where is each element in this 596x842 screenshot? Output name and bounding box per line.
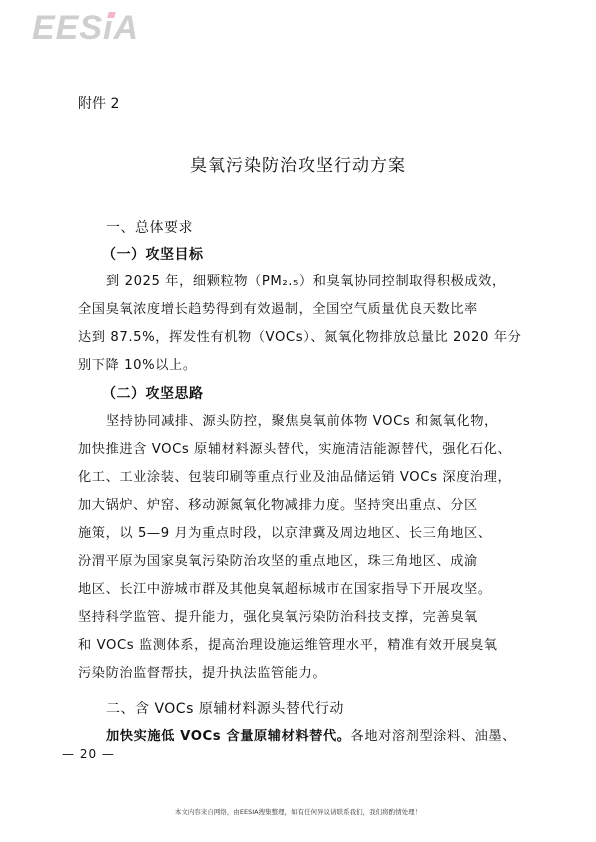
paragraph-line: 汾渭平原为国家臭氧污染防治攻坚的重点地区，珠三角地区、成渝	[78, 552, 533, 572]
eesia-watermark-logo: EESiA	[32, 8, 139, 48]
paragraph-line: 污染防治监督帮扶，提升执法监管能力。	[78, 664, 533, 684]
paragraph-line: 地区、长江中游城市群及其他臭氧超标城市在国家指导下开展攻坚。	[78, 580, 533, 600]
logo-text-i: i	[103, 9, 113, 47]
page-number: — 20 —	[62, 746, 115, 762]
subsection-heading-approach: （二）攻坚思路	[102, 384, 557, 404]
logo-accent-letter: i	[103, 9, 113, 47]
logo-text-suffix: A	[114, 9, 140, 47]
paragraph-continuation: 各地对溶剂型涂料、油墨、	[351, 729, 516, 744]
paragraph-line: 达到 87.5%，挥发性有机物（VOCs）、氮氧化物排放总量比 2020 年分	[78, 328, 533, 348]
paragraph-line: 和 VOCs 监测体系，提高治理设施运维管理水平，精准有效开展臭氧	[78, 636, 533, 656]
paragraph-line: 别下降 10%以上。	[78, 356, 533, 376]
paragraph-line: 全国臭氧浓度增长趋势得到有效遏制，全国空气质量优良天数比率	[78, 300, 533, 320]
section-heading-voc-substitution: 二、含 VOCs 原辅材料源头替代行动	[106, 699, 561, 719]
attachment-label: 附件 2	[78, 94, 119, 114]
logo-text-prefix: EES	[32, 9, 103, 47]
document-title: 臭氧污染防治攻坚行动方案	[0, 154, 596, 178]
paragraph-line: 坚持科学监管、提升能力，强化臭氧污染防治科技支撑，完善臭氧	[78, 608, 533, 628]
section-heading-general-requirements: 一、总体要求	[106, 218, 561, 238]
paragraph-line: 化工、工业涂装、包装印刷等重点行业及油品储运销 VOCs 深度治理，	[78, 468, 533, 488]
paragraph-line: 坚持协同减排、源头防控，聚焦臭氧前体物 VOCs 和氮氧化物，	[106, 412, 561, 432]
subsection-heading-goals: （一）攻坚目标	[102, 245, 557, 265]
footer-disclaimer: 本文内容来自网络，由EESIA搜集整理，如有任何异议请联系我们，我们将酌情处理！	[0, 807, 596, 817]
paragraph-line: 加快推进含 VOCs 原辅材料源头替代，实施清洁能源替代，强化石化、	[78, 440, 533, 460]
paragraph-line: 加快实施低 VOCs 含量原辅材料替代。各地对溶剂型涂料、油墨、	[106, 727, 561, 747]
paragraph-line: 加大锅炉、炉窑、移动源氮氧化物减排力度。坚持突出重点、分区	[78, 496, 533, 516]
bold-lead-sentence: 加快实施低 VOCs 含量原辅材料替代。	[106, 729, 351, 744]
paragraph-line: 施策，以 5—9 月为重点时段，以京津冀及周边地区、长三角地区、	[78, 524, 533, 544]
paragraph-line: 到 2025 年，细颗粒物（PM₂.₅）和臭氧协同控制取得积极成效，	[106, 272, 561, 292]
